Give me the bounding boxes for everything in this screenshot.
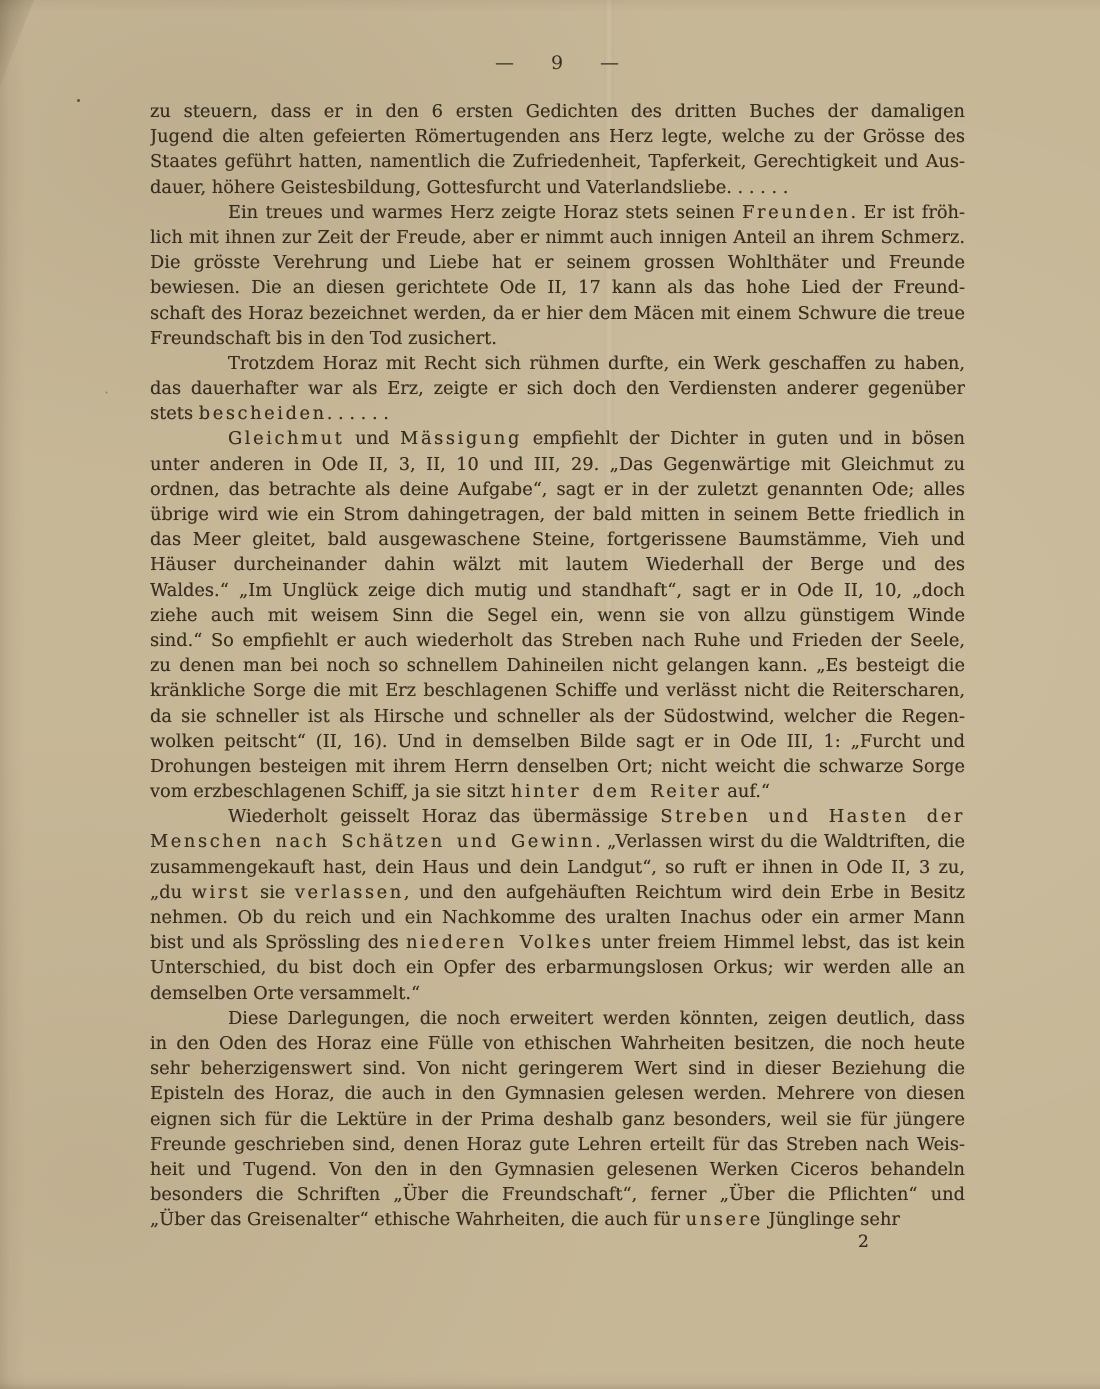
text-segment: Die grösste Verehrung und Liebe hat er s… <box>150 252 965 275</box>
text-line: Drohungen besteigen mit ihrem Herrn dens… <box>150 754 965 779</box>
text-segment: eignen sich für die Lektüre in der Prima… <box>150 1109 965 1130</box>
text-segment: dauer, höhere Geistesbildung, Gottesfurc… <box>150 177 788 198</box>
emphasized-text: unsere <box>686 1209 763 1230</box>
text-line: Freundschaft bis in den Tod zusichert. <box>150 326 965 351</box>
text-segment: schaft des Horaz bezeichnet werden, da e… <box>150 303 965 324</box>
page-number: 9 <box>551 52 564 74</box>
text-line: zusammengekauft hast, dein Haus und dein… <box>150 855 965 880</box>
text-segment: . . . . . . <box>327 403 389 424</box>
header-dash-left: — <box>495 52 515 74</box>
text-line: stets bescheiden. . . . . . <box>150 401 965 426</box>
text-line: zu steuern, dass er in den 6 ersten Gedi… <box>150 99 965 124</box>
text-segment: Häuser durcheinander dahin wälzt mit lau… <box>150 554 965 577</box>
text-segment: stets <box>150 403 199 424</box>
text-line: unter anderen in Ode II, 3, II, 10 und I… <box>150 452 965 477</box>
text-segment: Jugend die alten gefeierten Römertugende… <box>150 126 965 147</box>
text-line: in den Oden des Horaz eine Fülle von eth… <box>150 1031 965 1056</box>
body-text: zu steuern, dass er in den 6 ersten Gedi… <box>150 99 965 1232</box>
text-line: Episteln des Horaz, die auch in den Gymn… <box>150 1081 965 1106</box>
text-line: Waldes.“ „Im Unglück zeige dich mutig un… <box>150 578 965 603</box>
text-line: schaft des Horaz bezeichnet werden, da e… <box>150 301 965 326</box>
page-corner-fold <box>0 0 34 86</box>
emphasized-text: Mässigung <box>400 428 522 449</box>
text-line: Gleichmut und Mässigung empfiehlt der Di… <box>150 426 965 451</box>
text-segment: Episteln des Horaz, die auch in den Gymn… <box>150 1083 965 1104</box>
paragraph: zu steuern, dass er in den 6 ersten Gedi… <box>150 99 965 200</box>
text-line: besonders die Schriften „Über die Freund… <box>150 1182 965 1207</box>
text-segment: unter freiem Himmel lebst, das ist kein <box>594 932 965 953</box>
text-line: zu denen man bei noch so schnellem Dahin… <box>150 653 965 678</box>
text-line: Trotzdem Horaz mit Recht sich rühmen dur… <box>150 351 965 376</box>
text-segment: bist und als Sprössling des <box>150 932 406 953</box>
text-segment: Wiederholt geisselt Horaz das übermässig… <box>228 806 660 827</box>
emphasized-text: verlassen <box>295 882 404 903</box>
text-line: Häuser durcheinander dahin wälzt mit lau… <box>150 552 965 577</box>
text-segment: Freundschaft bis in den Tod zusichert. <box>150 328 497 349</box>
text-segment: in den Oden des Horaz eine Fülle von eth… <box>150 1033 965 1054</box>
text-segment: ziehe auch mit weisem Sinn die Segel ein… <box>150 605 965 628</box>
text-line: Freunde geschrieben sind, denen Horaz gu… <box>150 1132 965 1157</box>
text-line: heit und Tugend. Von den in den Gymnasie… <box>150 1157 965 1182</box>
text-line: da sie schneller ist als Hirsche und sch… <box>150 704 965 729</box>
text-segment: , und den aufgehäuften Reichtum wird dei… <box>404 882 965 903</box>
text-segment: besonders die Schriften „Über die Freund… <box>150 1184 965 1205</box>
text-line: Unterschied, du bist doch ein Opfer des … <box>150 955 965 980</box>
text-segment: übrige wird wie ein Strom dahingetragen,… <box>150 504 965 525</box>
text-segment: lich mit ihnen zur Zeit der Freude, aber… <box>150 227 965 250</box>
text-line: Menschen nach Schätzen und Gewinn. „Verl… <box>150 829 965 854</box>
text-segment: Drohungen besteigen mit ihrem Herrn dens… <box>150 756 965 777</box>
text-line: Staates geführt hatten, namentlich die Z… <box>150 149 965 174</box>
text-segment: ordnen, das betrachte als deine Aufgabe“… <box>150 479 965 500</box>
emphasized-text: Gleichmut <box>228 428 344 449</box>
text-segment: unter anderen in Ode II, 3, II, 10 und I… <box>150 454 965 475</box>
text-line: demselben Orte versammelt.“ <box>150 981 965 1006</box>
text-line: das dauerhafter war als Erz, zeigte er s… <box>150 376 965 401</box>
text-segment: Waldes.“ „Im Unglück zeige dich mutig un… <box>150 580 965 601</box>
paragraph: Wiederholt geisselt Horaz das übermässig… <box>150 804 965 1006</box>
text-line: nehmen. Ob du reich und ein Nachkomme de… <box>150 905 965 930</box>
text-line: bewiesen. Die an diesen gerichtete Ode I… <box>150 275 965 300</box>
text-segment: „du <box>150 882 192 903</box>
paper-specks <box>77 99 80 102</box>
text-line: bist und als Sprössling des niederen Vol… <box>150 930 965 955</box>
text-segment: Ein treues und warmes Herz zeigte Horaz … <box>228 202 742 223</box>
text-segment: Diese Darlegungen, die noch erweitert we… <box>150 1008 965 1031</box>
text-segment: Staates geführt hatten, namentlich die Z… <box>150 151 965 172</box>
text-segment: nehmen. Ob du reich und ein Nachkomme de… <box>150 907 965 928</box>
emphasized-text: wirst <box>192 882 251 903</box>
text-segment: zusammengekauft hast, dein Haus und dein… <box>150 857 965 878</box>
emphasized-text: hinter dem Reiter <box>511 781 722 802</box>
text-line: Wiederholt geisselt Horaz das übermässig… <box>150 804 965 829</box>
text-segment: bewiesen. Die an diesen gerichtete Ode I… <box>150 277 965 298</box>
text-line: ordnen, das betrachte als deine Aufgabe“… <box>150 477 965 502</box>
scanned-book-page: — 9 — zu steuern, dass er in den 6 erste… <box>0 0 1100 1389</box>
text-segment: „Über das Greisenalter“ ethische Wahrhei… <box>150 1209 686 1230</box>
text-segment: sie <box>250 882 295 903</box>
text-segment: zu steuern, dass er in den 6 ersten Gedi… <box>150 101 965 124</box>
text-segment: das Meer gleitet, bald ausgewaschene Ste… <box>150 529 965 550</box>
text-line: Die grösste Verehrung und Liebe hat er s… <box>150 250 965 275</box>
text-segment: da sie schneller ist als Hirsche und sch… <box>150 706 965 727</box>
text-segment: und <box>344 428 400 449</box>
text-line: eignen sich für die Lektüre in der Prima… <box>150 1107 965 1132</box>
text-segment: zu denen man bei noch so schnellem Dahin… <box>150 655 965 676</box>
text-segment: das dauerhafter war als Erz, zeigte er s… <box>150 378 965 399</box>
emphasized-text: niederen Volkes <box>406 932 593 953</box>
emphasized-text: bescheiden <box>199 403 327 424</box>
text-line: dauer, höhere Geistesbildung, Gottesfurc… <box>150 175 965 200</box>
text-segment: auf.“ <box>722 781 770 802</box>
running-head: — 9 — <box>150 52 965 74</box>
text-segment: demselben Orte versammelt.“ <box>150 983 420 1004</box>
text-line: lich mit ihnen zur Zeit der Freude, aber… <box>150 225 965 250</box>
text-line: Diese Darlegungen, die noch erweitert we… <box>150 1006 965 1031</box>
text-segment: Unterschied, du bist doch ein Opfer des … <box>150 957 965 978</box>
emphasized-text: Freunden <box>742 202 850 223</box>
text-line: das Meer gleitet, bald ausgewaschene Ste… <box>150 527 965 552</box>
text-line: sind.“ So empfiehlt er auch wiederholt d… <box>150 628 965 653</box>
text-line: „du wirst sie verlassen, und den aufgehä… <box>150 880 965 905</box>
text-line: sehr beherzigenswert sind. Von nicht ger… <box>150 1056 965 1081</box>
text-line: „Über das Greisenalter“ ethische Wahrhei… <box>150 1207 965 1232</box>
text-segment: Trotzdem Horaz mit Recht sich rühmen dur… <box>228 353 965 374</box>
text-line: vom erzbeschlagenen Schiff, ja sie sitzt… <box>150 779 965 804</box>
text-segment: Freunde geschrieben sind, denen Horaz gu… <box>150 1134 965 1155</box>
text-segment: . Er ist fröh- <box>850 202 965 223</box>
text-line: wolken peitscht“ (II, 16). Und in demsel… <box>150 729 965 754</box>
emphasized-text: Streben und Hasten der <box>660 806 965 827</box>
signature-mark: 2 <box>858 1232 869 1252</box>
emphasized-text: Menschen nach Schätzen und Gewinn <box>150 831 595 852</box>
text-segment: wolken peitscht“ (II, 16). Und in demsel… <box>150 731 965 752</box>
text-line: kränkliche Sorge die mit Erz beschlagene… <box>150 678 965 703</box>
text-line: Ein treues und warmes Herz zeigte Horaz … <box>150 200 965 225</box>
text-line: Jugend die alten gefeierten Römertugende… <box>150 124 965 149</box>
text-segment: heit und Tugend. Von den in den Gymnasie… <box>150 1159 965 1180</box>
text-segment: Jünglinge sehr <box>763 1209 900 1230</box>
paragraph: Diese Darlegungen, die noch erweitert we… <box>150 1006 965 1233</box>
header-dash-right: — <box>600 52 620 74</box>
text-segment: vom erzbeschlagenen Schiff, ja sie sitzt <box>150 781 511 802</box>
text-line: übrige wird wie ein Strom dahingetragen,… <box>150 502 965 527</box>
paragraph: Gleichmut und Mässigung empfiehlt der Di… <box>150 426 965 804</box>
paragraph: Trotzdem Horaz mit Recht sich rühmen dur… <box>150 351 965 427</box>
paragraph: Ein treues und warmes Herz zeigte Horaz … <box>150 200 965 351</box>
text-segment: sind.“ So empfiehlt er auch wiederholt d… <box>150 630 965 651</box>
text-segment: kränkliche Sorge die mit Erz beschlagene… <box>150 680 965 701</box>
text-segment: sehr beherzigenswert sind. Von nicht ger… <box>150 1058 965 1079</box>
text-line: ziehe auch mit weisem Sinn die Segel ein… <box>150 603 965 628</box>
